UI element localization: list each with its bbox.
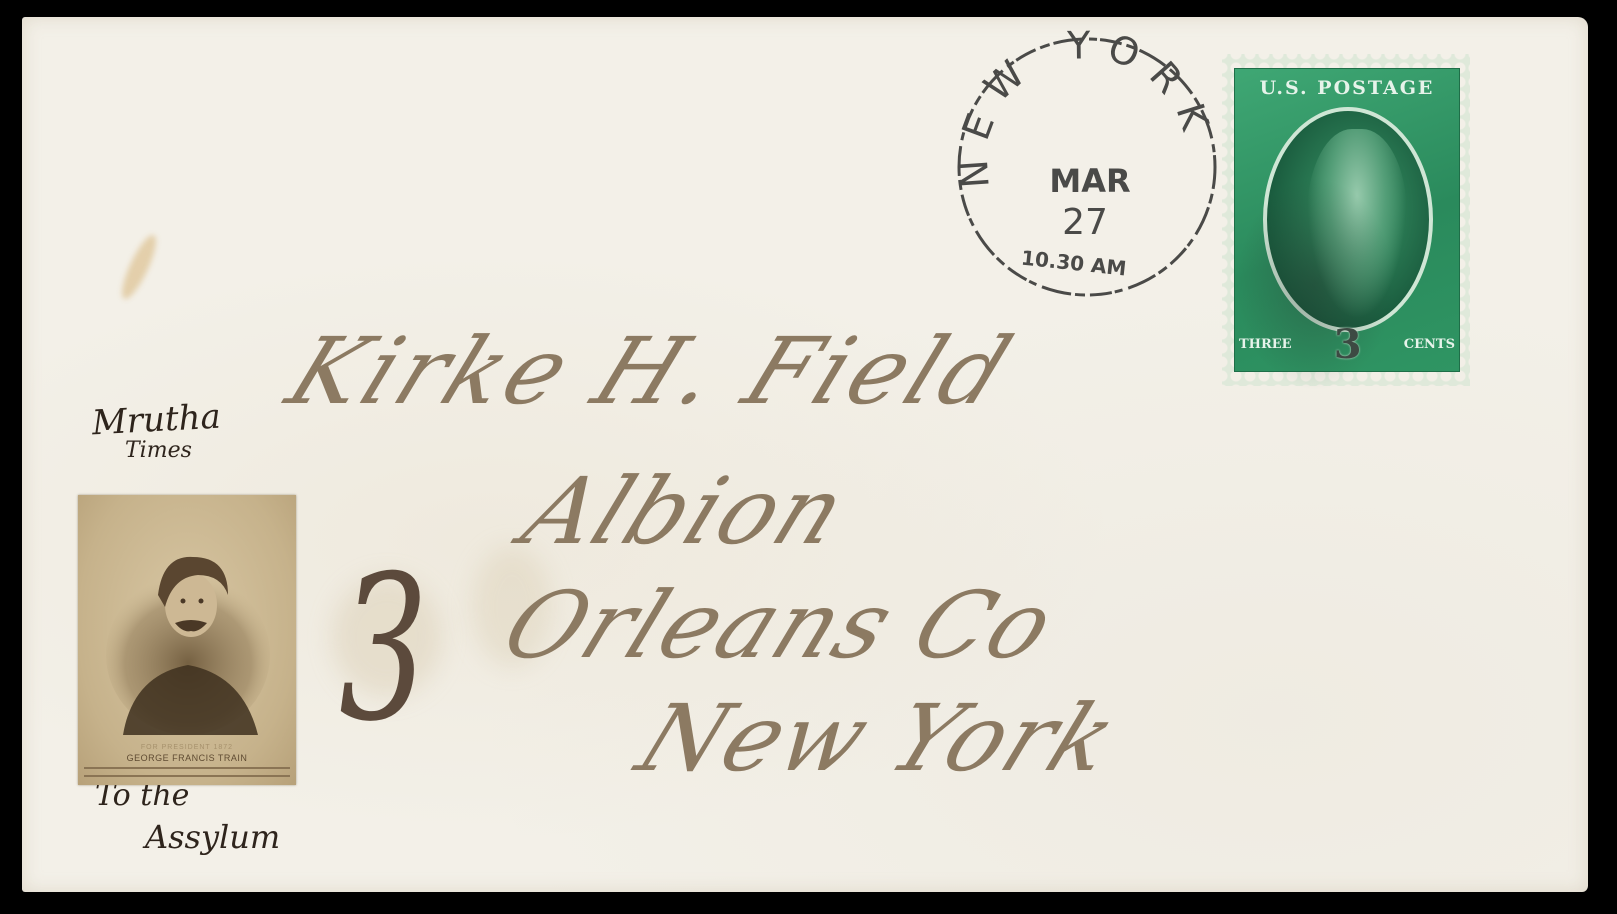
stamp-top-label: U.S. POSTAGE	[1235, 77, 1459, 99]
portrait-icon	[103, 535, 273, 735]
postmark: NEW YORK MAR 27 10.30 AM	[945, 22, 1230, 307]
photo-border-rule	[84, 767, 290, 777]
address-line-name: Kirke H. Field	[273, 318, 1029, 425]
note-bottom-line-2: Assylum	[145, 818, 280, 856]
stamp-numeral: 3	[1334, 321, 1362, 368]
stamp-design: U.S. POSTAGE THREE 3 CENTS	[1234, 68, 1460, 372]
photo-caption-line-1: FOR PRESIDENT 1872	[78, 744, 296, 751]
address-line-county: Orleans Co	[488, 572, 1071, 679]
cancel-mark	[1230, 169, 1400, 399]
postmark-time: 10.30 AM	[1020, 246, 1128, 281]
postmark-day: 27	[1062, 202, 1108, 243]
rate-marking: 3	[339, 550, 428, 750]
stamp-value-left: THREE	[1239, 337, 1292, 352]
postage-stamp: U.S. POSTAGE THREE 3 CENTS	[1222, 54, 1470, 386]
stain	[116, 231, 162, 302]
note-top-line-2: Times	[125, 438, 192, 463]
address-line-town: Albion	[508, 458, 862, 565]
postmark-month: MAR	[1049, 162, 1130, 200]
note-top-line-1: Mrutha	[91, 397, 222, 444]
portrait-photo: FOR PRESIDENT 1872 GEORGE FRANCIS TRAIN	[78, 495, 296, 785]
photo-caption-line-2: GEORGE FRANCIS TRAIN	[78, 753, 296, 763]
stamp-value-band: THREE 3 CENTS	[1239, 329, 1455, 359]
address-line-state: New York	[623, 685, 1133, 792]
stamp-value-right: CENTS	[1404, 337, 1455, 352]
